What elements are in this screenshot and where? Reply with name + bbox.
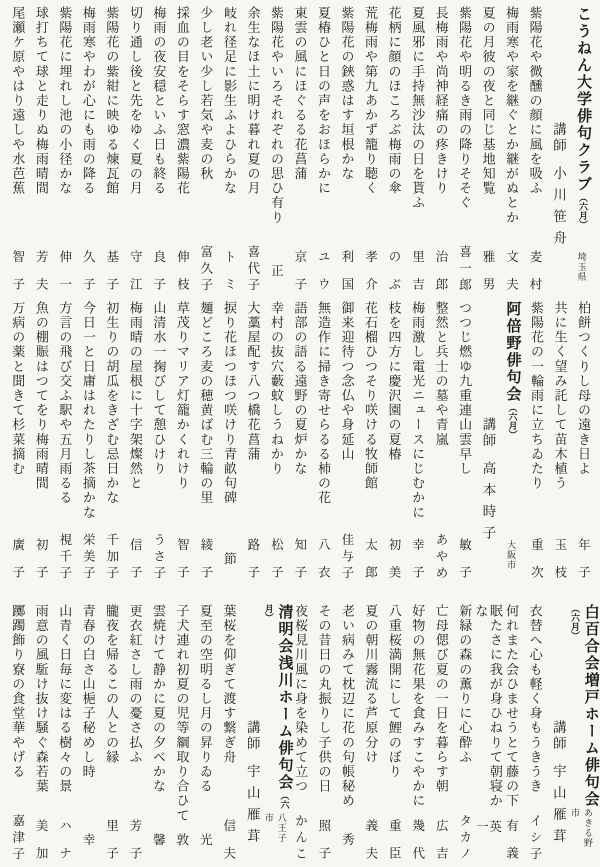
poem-author: 里子 <box>104 819 117 867</box>
poem-column: 山青く日毎に変はる樹々の景ハナ <box>57 604 71 861</box>
poem-text: 梅雨寒や家を継ぐとか継がぬとか <box>504 6 518 225</box>
poem-text: 眠たさに我が身ひねりて朝寝かな <box>473 604 502 820</box>
poem-text: 更衣紅さし雨の憂さ払ふ <box>127 604 141 765</box>
poem-author: 京子 <box>293 250 306 305</box>
poem-author: 綾子 <box>199 538 212 593</box>
poem-author: 信子 <box>128 538 141 593</box>
poem-column: 躑躅飾り寮の食堂華やげる嘉津子 <box>10 604 24 861</box>
poem-column: 捩り花ほつほつ咲けり青畝句碑節 <box>222 301 236 580</box>
poem-author: 幾代 <box>411 819 424 867</box>
poem-column: 長梅雨や尚神経痛の疼きけり治郎 <box>433 6 447 292</box>
poem-text: 大藁屋配す八つ橋花菖蒲 <box>245 301 259 462</box>
poem-author: 照子 <box>317 819 330 867</box>
club-location: あきる野市 <box>569 808 595 851</box>
poem-author: 佳与子 <box>340 533 353 583</box>
poem-text: 梅雨晴の屋根に十字架燦然と <box>128 301 142 491</box>
poetry-band-1: こうねん大学俳句クラブ（六月）埼玉県講師小川笹舟紫陽花や微醺の顔に風を吸ふ麦村梅… <box>10 6 590 292</box>
poem-author: 知子 <box>293 538 306 593</box>
lecturer-label: 講師 <box>480 417 495 449</box>
poem-author: あやめ <box>434 533 447 583</box>
poem-author: うさ子 <box>152 533 165 583</box>
lecturer-column: 講師小川笹舟 <box>551 6 565 292</box>
poem-column: 更衣紅さし雨の憂さ払ふ芳子 <box>127 604 141 861</box>
poem-text: 梅雨寒やわが心にも雨の降る <box>81 6 95 196</box>
poem-text: 荒梅雨や第九あかず籠り聴く <box>363 6 377 196</box>
poem-author: 義夫 <box>364 819 377 867</box>
lecturer-label: 講師 <box>551 122 566 154</box>
poem-column: 紫陽花の紫紺に映ゆる煉瓦館基子 <box>104 6 118 292</box>
poem-column: 余生なほ土に明け暮れ夏の月喜代子 <box>245 6 259 292</box>
haiku-column-page: こうねん大学俳句クラブ（六月）埼玉県講師小川笹舟紫陽花や微醺の顔に風を吸ふ麦村梅… <box>0 0 600 867</box>
poem-author: ハナ <box>57 819 70 867</box>
club-location: 大阪市 <box>505 540 518 570</box>
poem-column: 採血の目をそらす窓濃紫陽花伸枝 <box>175 6 189 292</box>
poem-author: 幸 <box>81 833 94 846</box>
poem-text: 東雲の風にほぐるる花菖蒲 <box>292 6 306 181</box>
poem-author: トミ <box>222 250 235 305</box>
poem-text: 尾瀬ケ原やはり遠しや水芭蕉 <box>10 6 24 196</box>
poem-author: 初美 <box>387 538 400 593</box>
poem-column: 夏の月彼の夜と同じ基地知覧雅男 <box>480 6 494 292</box>
poem-column: 雨意の風駈け抜け騒ぐ森若葉美加 <box>33 604 47 861</box>
poem-column: 球打ちて球と走りぬ梅雨晴間芳夫 <box>34 6 48 292</box>
club-title: 阿倍野俳句会（六月） <box>504 301 520 439</box>
poem-column: 梅雨激し電光ニュースにじむかに幸子 <box>410 301 424 580</box>
poem-author: 雅男 <box>481 250 494 305</box>
poem-author: 幸子 <box>410 538 423 593</box>
poetry-band-3: 白百合会増戸ホーム俳句会（六月）あきる野市講師宇山雁茸衣替へ心も軽く身もうきうき… <box>10 604 590 861</box>
poem-author: 智子 <box>175 538 188 593</box>
poem-column: 花柄に顔のほころぶ梅雨の傘のぶ <box>386 6 400 292</box>
poem-text: 躑躅飾り寮の食堂華やげる <box>10 604 24 779</box>
lecturer-name: 小川笹舟 <box>551 166 566 252</box>
poem-author: 喜代子 <box>246 245 259 295</box>
poem-column: 切り通し後と先をゆく夏の月守江 <box>128 6 142 292</box>
poem-text: 葉桜を仰ぎて渡す繋ぎ舟 <box>221 604 235 765</box>
lecturer-column: 講師宇山雁茸 <box>551 604 565 861</box>
poem-text: 紫陽花の紫紺に映ゆる煉瓦館 <box>104 6 118 196</box>
poem-column: 万病の薬と聞きて杉菜摘む廣子 <box>10 301 24 580</box>
poem-author: 正 <box>269 264 282 277</box>
poem-column: 夏の朝川霧流る芦原分け義夫 <box>363 604 377 861</box>
poem-column: 葉桜を仰ぎて渡す繋ぎ舟信夫 <box>221 604 235 861</box>
poem-author: イシ子 <box>528 814 541 864</box>
poem-author: 利国 <box>340 250 353 305</box>
poem-column: 衣替へ心も軽く身もうきうきイシ子 <box>527 604 541 861</box>
poem-column: 梅雨寒やわが心にも雨の降る久子 <box>81 6 95 292</box>
poem-author: 玉枝 <box>553 538 566 593</box>
poem-author: 美加 <box>34 819 47 867</box>
poem-column: 新緑の森の薫りに心酔ふタカノ <box>457 604 471 861</box>
club-month-note: （六月） <box>570 604 580 640</box>
poem-text: 魚の棚賑はつてをり梅雨晴間 <box>34 301 48 491</box>
club-header: 阿倍野俳句会（六月）大阪市 <box>504 301 520 580</box>
poem-column: 魚の棚賑はつてをり梅雨晴間初子 <box>34 301 48 580</box>
poem-author: 初子 <box>34 538 47 593</box>
poem-column: 尾瀬ケ原やはり遠しや水芭蕉智子 <box>10 6 24 292</box>
club-title: 白百合会増戸ホーム俳句会（六月） <box>566 604 598 808</box>
poem-text: 夜桜見川風に身を染めて立つ <box>293 604 307 794</box>
poem-author: 久子 <box>81 250 94 305</box>
poem-column: 少し老い少し若気や麦の秋富久子 <box>198 6 212 292</box>
poem-author: 馨 <box>151 833 164 846</box>
poem-text: 夏風邪に手持無沙汰の日を貰ふ <box>410 6 424 210</box>
lecturer-line: 講師宇山雁茸 <box>551 720 565 850</box>
poem-column: 柏餅つくりし母の遠き日よ年子 <box>576 301 590 580</box>
poem-column: 紫陽花や微醺の顔に風を吸ふ麦村 <box>527 6 541 292</box>
poem-author: 路子 <box>246 538 259 593</box>
poem-column: 枝を四方に慶沢園の夏椿初美 <box>386 301 400 580</box>
poem-text: 好物の無花果を食みすこやかに <box>410 604 424 808</box>
poem-column: 紫陽花の一輪雨に立ちゐたり重次 <box>529 301 543 580</box>
poem-text: 長梅雨や尚神経痛の疼きけり <box>433 6 447 196</box>
poem-author: のぶ <box>387 250 400 305</box>
poem-text: 捩り花ほつほつ咲けり青畝句碑 <box>222 301 236 505</box>
poem-text: 雨意の風駈け抜け騒ぐ森若葉 <box>33 604 47 794</box>
poem-author: 重臣 <box>387 819 400 867</box>
poem-author: 英一 <box>474 820 500 867</box>
poem-column: 紫陽花やいろそれぞれの思ひ有り正 <box>269 6 283 292</box>
poem-author: 広吉 <box>434 819 447 867</box>
poem-text: 今日一と日庸はれたりし茶摘かな <box>81 301 95 520</box>
poem-text: 紫陽花や微醺の顔に風を吸ふ <box>527 6 541 196</box>
club-title: こうねん大学俳句クラブ（六月） <box>574 6 590 229</box>
club-title: 清明会浅川ホーム俳句会（六月） <box>260 604 292 813</box>
poem-text: 紫陽花や明るき雨の降りそそぐ <box>457 6 471 210</box>
poem-author: かんこ <box>293 814 306 864</box>
poem-text: 岐れ径足に影生ふよひらかな <box>222 6 236 196</box>
poem-author: タカノ <box>458 814 471 864</box>
poem-author: 芳子 <box>128 819 141 867</box>
poem-column: 東雲の風にほぐるる花菖蒲京子 <box>292 6 306 292</box>
poem-text: 少し老い少し若気や麦の秋 <box>198 6 212 181</box>
poem-text: 夏の朝川霧流る芦原分け <box>363 604 377 765</box>
poem-text: 八重桜満開にして鯉のぼり <box>387 604 401 779</box>
poem-text: その昔日の丸振りし子供の日 <box>316 604 330 794</box>
poem-text: 紫陽花やいろそれぞれの思ひ有り <box>269 6 283 225</box>
poem-text: 御来迎待つ念仏や身延山 <box>339 301 353 462</box>
poem-column: 何れまた会ひませうとて藤の下有義 <box>504 604 518 861</box>
poem-text: 夏至の空明るし月の昇りゐる <box>198 604 212 794</box>
poem-column: 御来迎待つ念仏や身延山佳与子 <box>339 301 353 580</box>
lecturer-label: 講師 <box>551 720 566 752</box>
poem-column: 眠たさに我が身ひねりて朝寝かな英一 <box>480 604 494 861</box>
poem-author: 重次 <box>529 538 542 593</box>
poem-column: 夜桜見川風に身を染めて立つかんこ <box>293 604 307 861</box>
poem-column: 語部の語る遠野の夏炉かな知子 <box>292 301 306 580</box>
poem-column: 梅雨の夜安穏といふ日も終る良子 <box>151 6 165 292</box>
poem-column: 紫陽花に埋れし池の小径かな伸一 <box>57 6 71 292</box>
club-header: 白百合会増戸ホーム俳句会（六月）あきる野市 <box>574 604 590 861</box>
poem-column: 方言の飛び交ふ駅や五月雨るる視千子 <box>57 301 71 580</box>
poem-author: 視千子 <box>58 533 71 583</box>
poem-author: 里吉 <box>410 250 423 305</box>
poem-column: 花石榴ひつそり咲ける牧師館太郎 <box>363 301 377 580</box>
poem-author: 麦村 <box>528 250 541 305</box>
lecturer-name: 宇山雁茸 <box>245 764 260 850</box>
poem-author: 伸一 <box>58 250 71 305</box>
poem-column: つつじ燃ゆ九重連山雲早し敏子 <box>457 301 471 580</box>
poem-author: 伸枝 <box>175 250 188 305</box>
poem-author: 八衣 <box>316 538 329 593</box>
lecturer-label: 講師 <box>245 720 260 752</box>
poem-text: 新緑の森の薫りに心酔ふ <box>457 604 471 765</box>
poem-text: 麺どころ麦の穂黄ばむ三輪の里 <box>198 301 212 505</box>
poetry-band-2: 柏餅つくりし母の遠き日よ年子共に生く望み託して苗木植う玉枝紫陽花の一輪雨に立ちゐ… <box>10 301 590 580</box>
poem-text: 柏餅つくりし母の遠き日よ <box>576 301 590 476</box>
poem-author: 光 <box>198 833 211 846</box>
poem-author: 智子 <box>11 250 24 305</box>
poem-author: 治郎 <box>434 250 447 305</box>
poem-text: 草茂りマリア灯籠かくれけり <box>175 301 189 491</box>
poem-text: 整然と兵士の墓や青嵐 <box>433 301 447 447</box>
poem-text: 紫陽花の一輪雨に立ちゐたり <box>529 301 543 491</box>
poem-column: 山清水一掬びして憩ひけりうさ子 <box>151 301 165 580</box>
poem-column: 共に生く望み託して苗木植う玉枝 <box>552 301 566 580</box>
poem-text: つつじ燃ゆ九重連山雲早し <box>457 301 471 476</box>
poem-column: 雲焼けて静かに夏の夕べかな馨 <box>151 604 165 861</box>
poem-text: 幸村の抜穴藪蚊しうねかり <box>269 301 283 476</box>
poem-text: 語部の語る遠野の夏炉かな <box>292 301 306 476</box>
poem-column: 夏椿ひと日の声をおほらかにユウ <box>316 6 330 292</box>
poem-text: 梅雨激し電光ニュースにじむかに <box>410 301 424 520</box>
poem-column: 八重桜満開にして鯉のぼり重臣 <box>387 604 401 861</box>
poem-column: 梅雨晴の屋根に十字架燦然と信子 <box>128 301 142 580</box>
lecturer-line: 講師高本時子 <box>480 417 494 547</box>
poem-text: 初生りの胡瓜をきざむ忌日かな <box>104 301 118 505</box>
club-month-note: （六月） <box>264 604 290 809</box>
poem-text: 紫陽花に埋れし池の小径かな <box>57 6 71 196</box>
poem-column: 紫陽花の鋏惑はす垣根かな利国 <box>339 6 353 292</box>
poem-author: 敏子 <box>457 538 470 593</box>
poem-text: 余生なほ土に明け暮れ夏の月 <box>245 6 259 196</box>
poem-text: 子犬連れ初夏の児等綱取り合ひて <box>174 604 188 823</box>
club-header: こうねん大学俳句クラブ（六月）埼玉県 <box>574 6 590 292</box>
poem-text: 朧夜を帰るこの人との縁 <box>104 604 118 765</box>
club-header: 清明会浅川ホーム俳句会（六月）八王子市 <box>268 604 284 861</box>
poem-column: 大藁屋配す八つ橋花菖蒲路子 <box>245 301 259 580</box>
lecturer-name: 宇山雁茸 <box>551 764 566 850</box>
poem-column: 麺どころ麦の穂黄ばむ三輪の里綾子 <box>198 301 212 580</box>
poem-column: 岐れ径足に影生ふよひらかなトミ <box>222 6 236 292</box>
poem-column: その昔日の丸振りし子供の日照子 <box>316 604 330 861</box>
poem-column: 朧夜を帰るこの人との縁里子 <box>104 604 118 861</box>
poem-author: 有義 <box>504 819 517 867</box>
poem-author: 廣子 <box>11 538 24 593</box>
poem-column: 紫陽花や明るき雨の降りそそぐ喜一郎 <box>457 6 471 292</box>
poem-column: 幸村の抜穴藪蚊しうねかり松子 <box>269 301 283 580</box>
club-location: 八王子市 <box>263 813 289 851</box>
poem-author: 松子 <box>269 538 282 593</box>
poem-text: 衣替へ心も軽く身もうきうき <box>527 604 541 794</box>
poem-column: 今日一と日庸はれたりし茶摘かな栄美子 <box>81 301 95 580</box>
poem-author: 文夫 <box>504 250 517 305</box>
poem-text: 夏の月彼の夜と同じ基地知覧 <box>480 6 494 196</box>
lecturer-column: 講師宇山雁茸 <box>245 604 259 861</box>
poem-author: 嘉津子 <box>11 814 24 864</box>
poem-text: 方言の飛び交ふ駅や五月雨るる <box>57 301 71 505</box>
poem-column: 青春の白さ山梔子秘めし時幸 <box>80 604 94 861</box>
poem-text: 採血の目をそらす窓濃紫陽花 <box>175 6 189 196</box>
poem-author: 節 <box>222 552 235 565</box>
poem-author: ユウ <box>316 250 329 305</box>
poem-text: 万病の薬と聞きて杉菜摘む <box>10 301 24 476</box>
poem-author: 芳夫 <box>34 250 47 305</box>
poem-text: 山青く日毎に変はる樹々の景 <box>57 604 71 794</box>
poem-text: 亡母偲び夏の一日を暮らす朝 <box>433 604 447 794</box>
poem-column: 老い病みて枕辺に花の句帳秘め秀 <box>340 604 354 861</box>
poem-author: 基子 <box>105 250 118 305</box>
poem-column: 子犬連れ初夏の児等綱取り合ひて敦 <box>174 604 188 861</box>
poem-author: 喜一郎 <box>457 245 470 295</box>
poem-column: 無造作に掃き寄せらるる柿の花八衣 <box>316 301 330 580</box>
poem-column: 荒梅雨や第九あかず籠り聴く孝介 <box>363 6 377 292</box>
club-location: 埼玉県 <box>576 252 589 282</box>
lecturer-line: 講師宇山雁茸 <box>245 720 259 850</box>
poem-column: 夏至の空明るし月の昇りゐる光 <box>198 604 212 861</box>
poem-text: 花柄に顔のほころぶ梅雨の傘 <box>386 6 400 196</box>
poem-column: 夏風邪に手持無沙汰の日を貰ふ里吉 <box>410 6 424 292</box>
poem-author: 秀 <box>340 833 353 846</box>
poem-author: 太郎 <box>363 538 376 593</box>
club-month-note: （六月） <box>578 193 588 229</box>
poem-author: 年子 <box>576 538 589 593</box>
poem-column: 初生りの胡瓜をきざむ忌日かな千加子 <box>104 301 118 580</box>
poem-text: 無造作に掃き寄せらるる柿の花 <box>316 301 330 505</box>
poem-author: 敦 <box>175 833 188 846</box>
lecturer-line: 講師小川笹舟 <box>551 122 565 252</box>
lecturer-column: 講師高本時子 <box>480 301 494 580</box>
poem-author: 孝介 <box>363 250 376 305</box>
poem-text: 何れまた会ひませうとて藤の下 <box>504 604 518 808</box>
poem-author: 良子 <box>152 250 165 305</box>
poem-text: 花石榴ひつそり咲ける牧師館 <box>363 301 377 491</box>
poem-author: 栄美子 <box>81 533 94 583</box>
poem-text: 枝を四方に慶沢園の夏椿 <box>386 301 400 462</box>
poem-column: 好物の無花果を食みすこやかに幾代 <box>410 604 424 861</box>
lecturer-name: 高本時子 <box>480 461 495 547</box>
poem-column: 整然と兵士の墓や青嵐あやめ <box>433 301 447 580</box>
poem-text: 紫陽花の鋏惑はす垣根かな <box>339 6 353 181</box>
poem-author: 富久子 <box>199 245 212 295</box>
poem-text: 青春の白さ山梔子秘めし時 <box>80 604 94 779</box>
poem-text: 老い病みて枕辺に花の句帳秘め <box>340 604 354 808</box>
poem-text: 山清水一掬びして憩ひけり <box>151 301 165 476</box>
poem-column: 亡母偲び夏の一日を暮らす朝広吉 <box>433 604 447 861</box>
poem-author: 守江 <box>128 250 141 305</box>
poem-author: 信夫 <box>222 819 235 867</box>
poem-text: 梅雨の夜安穏といふ日も終る <box>151 6 165 196</box>
poem-column: 梅雨寒や家を継ぐとか継がぬとか文夫 <box>504 6 518 292</box>
poem-text: 夏椿ひと日の声をおほらかに <box>316 6 330 196</box>
poem-text: 雲焼けて静かに夏の夕べかな <box>151 604 165 794</box>
club-month-note: （六月） <box>507 403 517 439</box>
poem-author: 千加子 <box>105 533 118 583</box>
poem-text: 球打ちて球と走りぬ梅雨晴間 <box>34 6 48 196</box>
poem-column: 草茂りマリア灯籠かくれけり智子 <box>175 301 189 580</box>
poem-text: 共に生く望み託して苗木植う <box>552 301 566 491</box>
poem-text: 切り通し後と先をゆく夏の月 <box>128 6 142 196</box>
